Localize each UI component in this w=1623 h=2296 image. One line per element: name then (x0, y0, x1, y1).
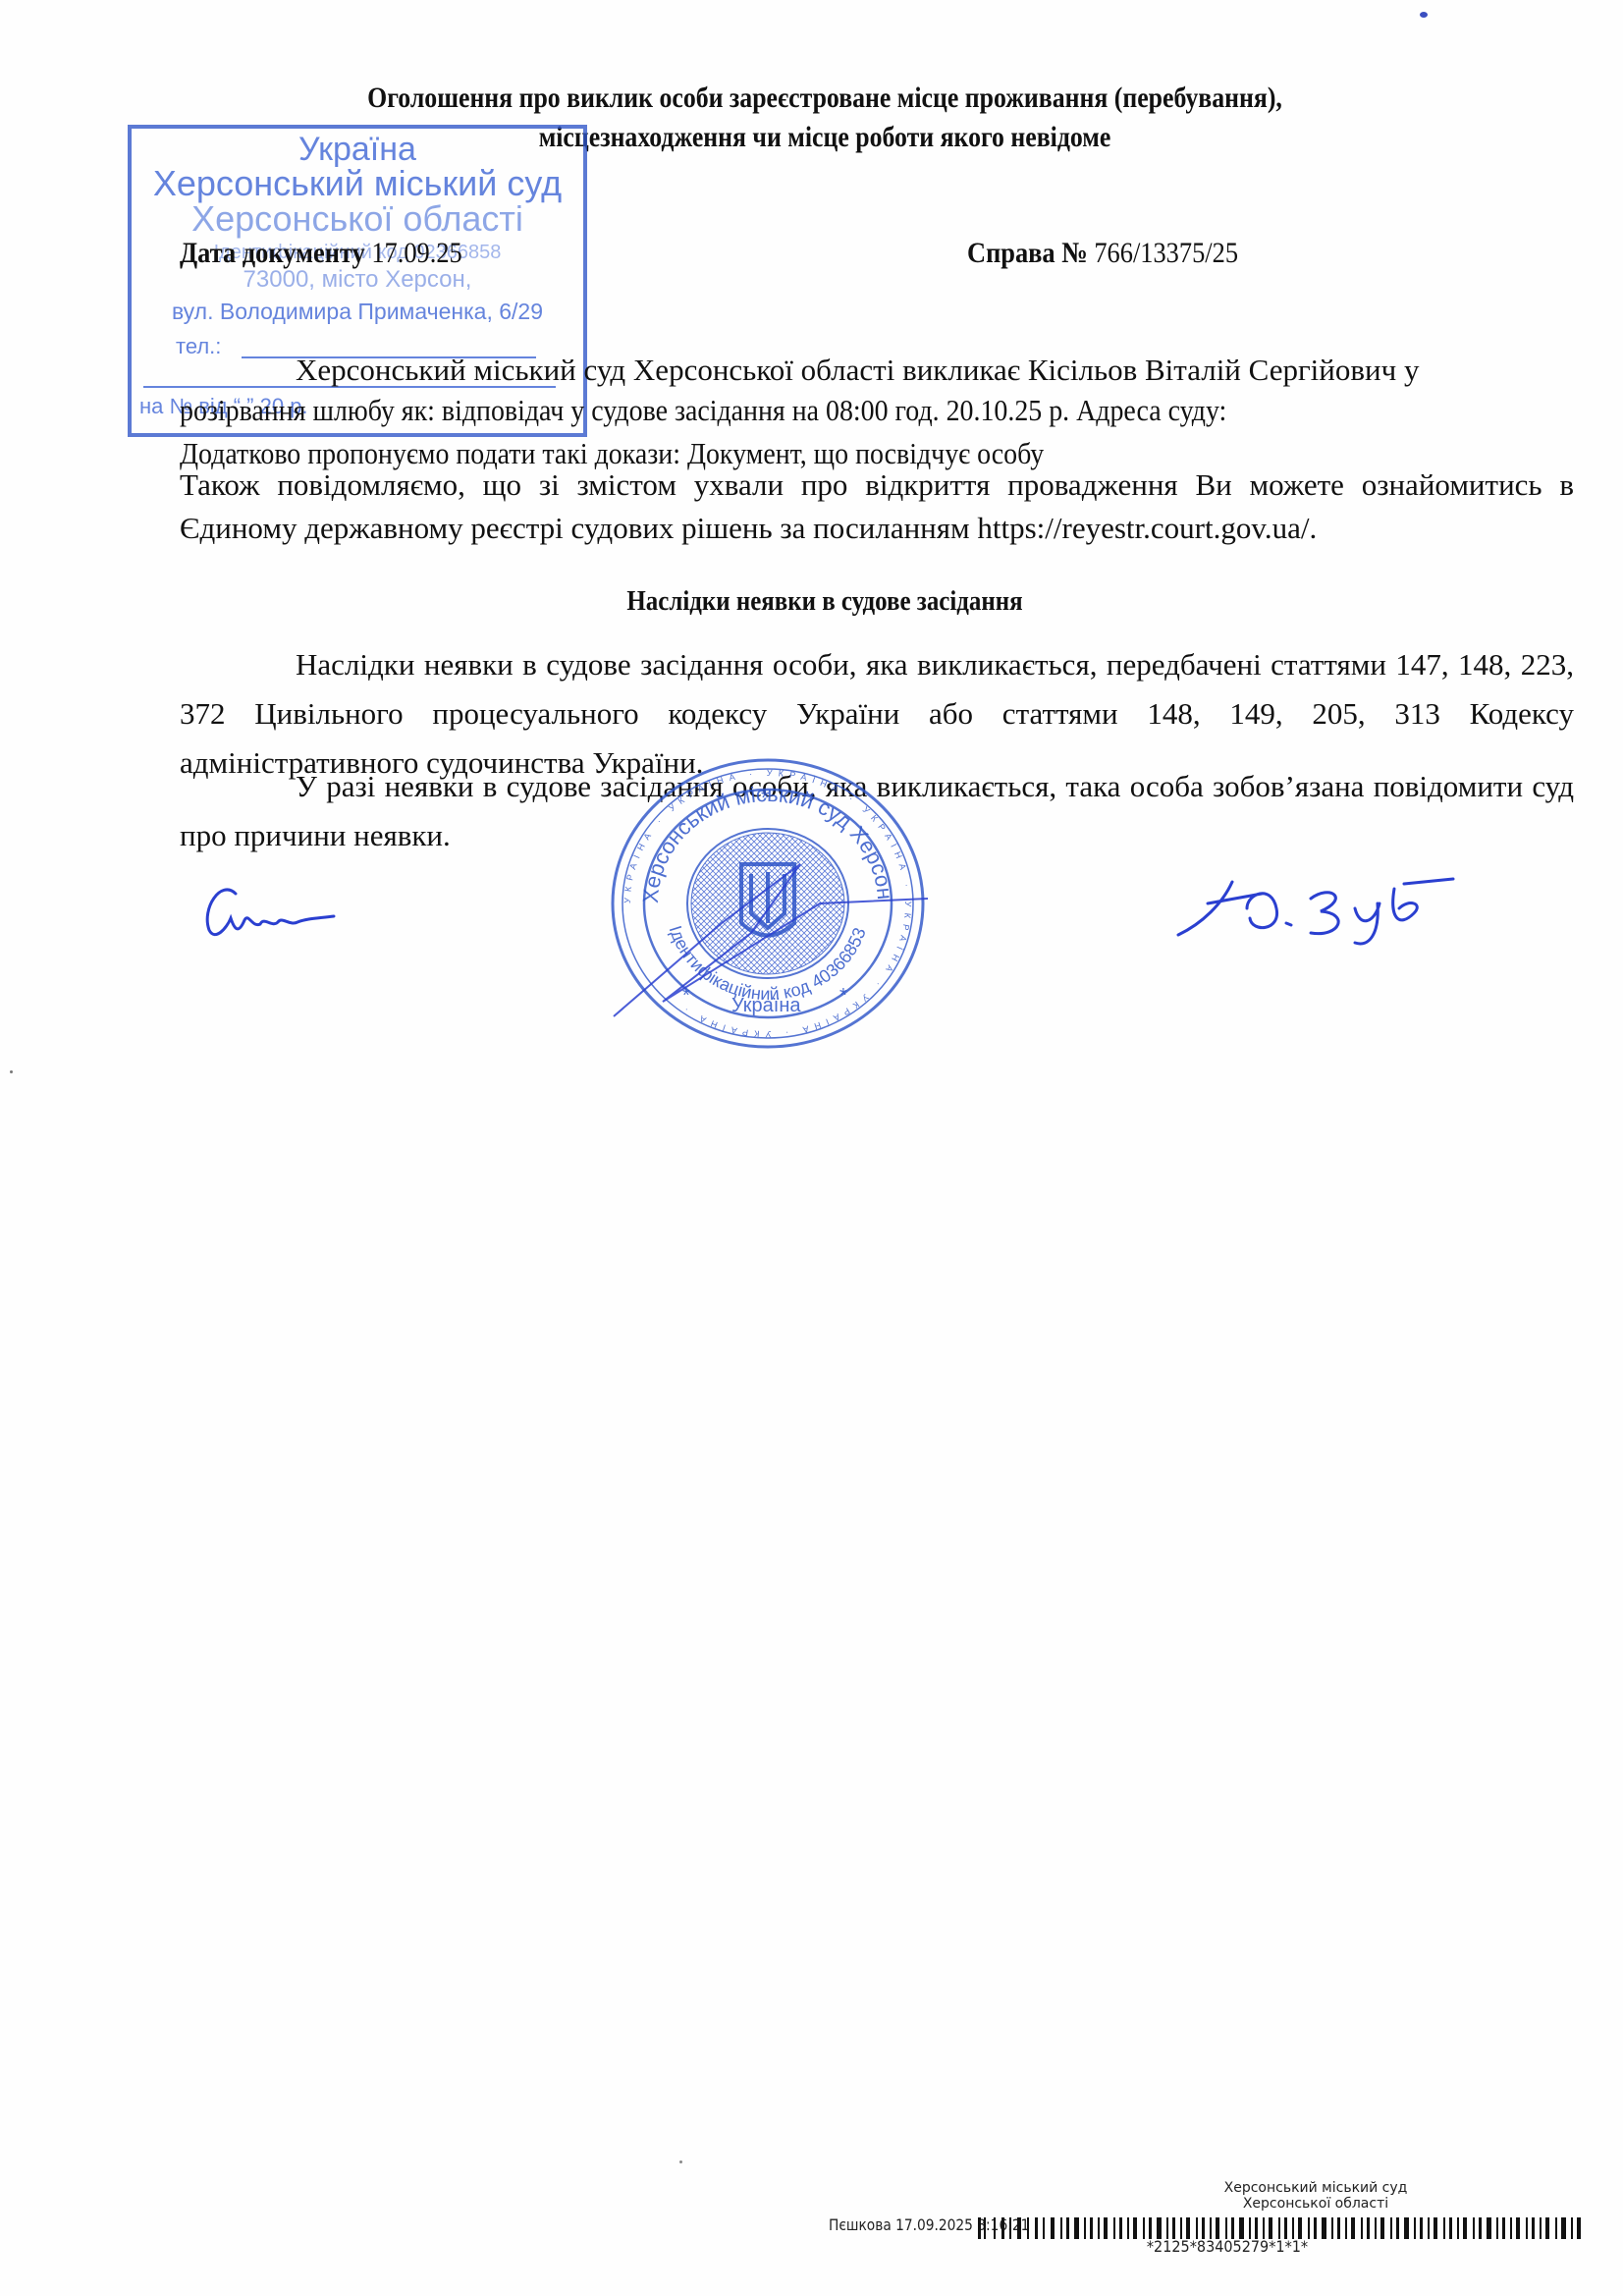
case-number: Справа № 766/13375/25 (967, 234, 1238, 273)
summons-line2: розірвання шлюбу як: відповідач у судове… (180, 391, 1226, 430)
document-page: Оголошення про виклик особи зареєстрован… (0, 0, 1623, 2296)
footer-court-line2: Херсонської області (1129, 2196, 1502, 2212)
svg-text:Україна: Україна (731, 995, 801, 1016)
stamp-court-name: Херсонський міський суд (132, 164, 583, 203)
summons-paragraph: Херсонський міський суд Херсонської обла… (180, 348, 1574, 393)
scan-speck (1420, 12, 1428, 18)
consequences-heading: Наслідки неявки в судове засідання (267, 581, 1381, 621)
document-title-line1: Оголошення про виклик особи зареєстрован… (267, 79, 1381, 118)
date-value: 17.09.25 (371, 237, 461, 269)
svg-text:*: * (761, 786, 770, 810)
document-date: Дата документу 17.09.25 (180, 234, 462, 273)
judge-label-signature (191, 869, 339, 953)
summons-line1: Херсонський міський суд Херсонської обла… (296, 353, 1419, 387)
date-label: Дата документу (180, 237, 365, 269)
stamp-street: вул. Володимира Примаченка, 6/29 (132, 298, 583, 325)
judge-signature (1154, 864, 1458, 953)
case-value: 766/13375/25 (1094, 237, 1238, 269)
stamp-region: Херсонської області (132, 199, 583, 239)
scan-speck (679, 2160, 682, 2163)
footer-court-name: Херсонський міський суд Херсонської обла… (1129, 2180, 1502, 2212)
case-label: Справа № (967, 237, 1088, 269)
footer-court-line1: Херсонський міський суд (1129, 2180, 1502, 2196)
barcode (978, 2217, 1587, 2239)
registry-paragraph: Також повідомляємо, що зі змістом ухвали… (180, 464, 1574, 550)
scan-speck (10, 1070, 13, 1073)
round-court-seal: УКРАЇНА · УКРАЇНА · УКРАЇНА · УКРАЇНА · … (604, 756, 933, 1051)
svg-text:*: * (839, 985, 847, 1007)
barcode-number: *2125*83405279*1*1* (1095, 2238, 1360, 2256)
